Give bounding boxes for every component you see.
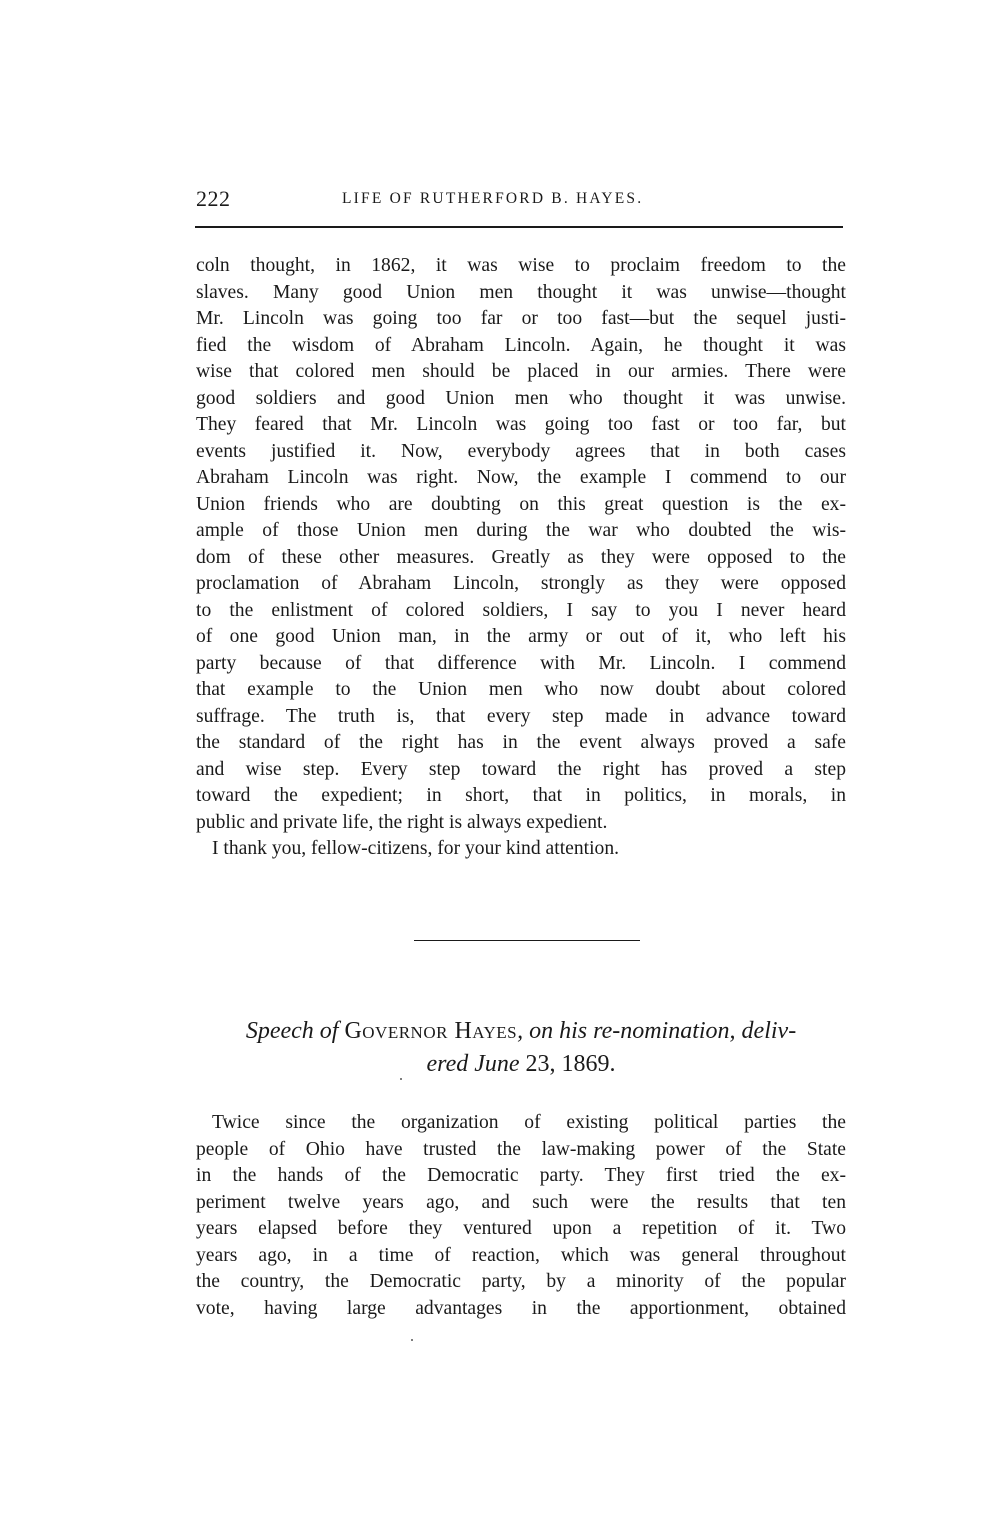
text-line: events justified it. Now, everybody agre… — [196, 439, 846, 466]
text-line: toward the expedient; in short, that in … — [196, 783, 846, 810]
text-line: party because of that difference with Mr… — [196, 651, 846, 678]
text-line: dom of these other measures. Greatly as … — [196, 545, 846, 572]
section-heading-line-2: ered June 23, 1869. — [196, 1048, 846, 1081]
text-line: Union friends who are doubting on this g… — [196, 492, 846, 519]
text-line: to the enlistment of colored soldiers, I… — [196, 598, 846, 625]
text-line: coln thought, in 1862, it was wise to pr… — [196, 253, 846, 280]
heading-italic-text: Speech of — [246, 1018, 345, 1044]
text-line: of one good Union man, in the army or ou… — [196, 624, 846, 651]
text-line: that example to the Union men who now do… — [196, 677, 846, 704]
text-line: the standard of the right has in the eve… — [196, 730, 846, 757]
section-heading: Speech of Governor Hayes, on his re-nomi… — [196, 1015, 846, 1081]
text-line: periment twelve years ago, and such were… — [196, 1190, 846, 1217]
text-line: ample of those Union men during the war … — [196, 518, 846, 545]
text-line: people of Ohio have trusted the law-maki… — [196, 1137, 846, 1164]
heading-smallcaps-name: Governor Hayes — [344, 1018, 517, 1044]
book-page: 222 LIFE OF RUTHERFORD B. HAYES. coln th… — [0, 0, 1000, 1517]
text-line: Mr. Lincoln was going too far or too fas… — [196, 306, 846, 333]
header-rule — [195, 226, 843, 228]
closing-line: I thank you, fellow-citizens, for your k… — [196, 836, 846, 863]
text-line: good soldiers and good Union men who tho… — [196, 386, 846, 413]
section-heading-line-1: Speech of Governor Hayes, on his re-nomi… — [196, 1015, 846, 1048]
text-line: Abraham Lincoln was right. Now, the exam… — [196, 465, 846, 492]
scan-speck — [411, 1339, 413, 1341]
running-head: 222 LIFE OF RUTHERFORD B. HAYES. — [196, 186, 846, 216]
text-line: and wise step. Every step toward the rig… — [196, 757, 846, 784]
continued-paragraph: coln thought, in 1862, it was wise to pr… — [196, 253, 846, 863]
text-line: years elapsed before they ventured upon … — [196, 1216, 846, 1243]
heading-italic-text: ered June — [426, 1051, 525, 1077]
heading-date: 23, 1869. — [526, 1051, 616, 1077]
speech-paragraph: Twice since the organization of existing… — [196, 1110, 846, 1322]
text-line: years ago, in a time of reaction, which … — [196, 1243, 846, 1270]
text-line: the country, the Democratic party, by a … — [196, 1269, 846, 1296]
text-line: slaves. Many good Union men thought it w… — [196, 280, 846, 307]
scan-speck — [400, 1078, 402, 1080]
heading-italic-text: , on his re-nomination, deliv- — [517, 1018, 796, 1044]
text-line: suffrage. The truth is, that every step … — [196, 704, 846, 731]
text-line: in the hands of the Democratic party. Th… — [196, 1163, 846, 1190]
text-line: proclamation of Abraham Lincoln, strongl… — [196, 571, 846, 598]
running-title: LIFE OF RUTHERFORD B. HAYES. — [342, 190, 643, 208]
text-line: public and private life, the right is al… — [196, 810, 846, 837]
text-line: vote, having large advantages in the app… — [196, 1296, 846, 1323]
text-line: fied the wisdom of Abraham Lincoln. Agai… — [196, 333, 846, 360]
section-divider — [414, 940, 640, 941]
page-number: 222 — [196, 186, 231, 212]
text-line: Twice since the organization of existing… — [196, 1110, 846, 1137]
text-line: wise that colored men should be placed i… — [196, 359, 846, 386]
text-line: They feared that Mr. Lincoln was going t… — [196, 412, 846, 439]
